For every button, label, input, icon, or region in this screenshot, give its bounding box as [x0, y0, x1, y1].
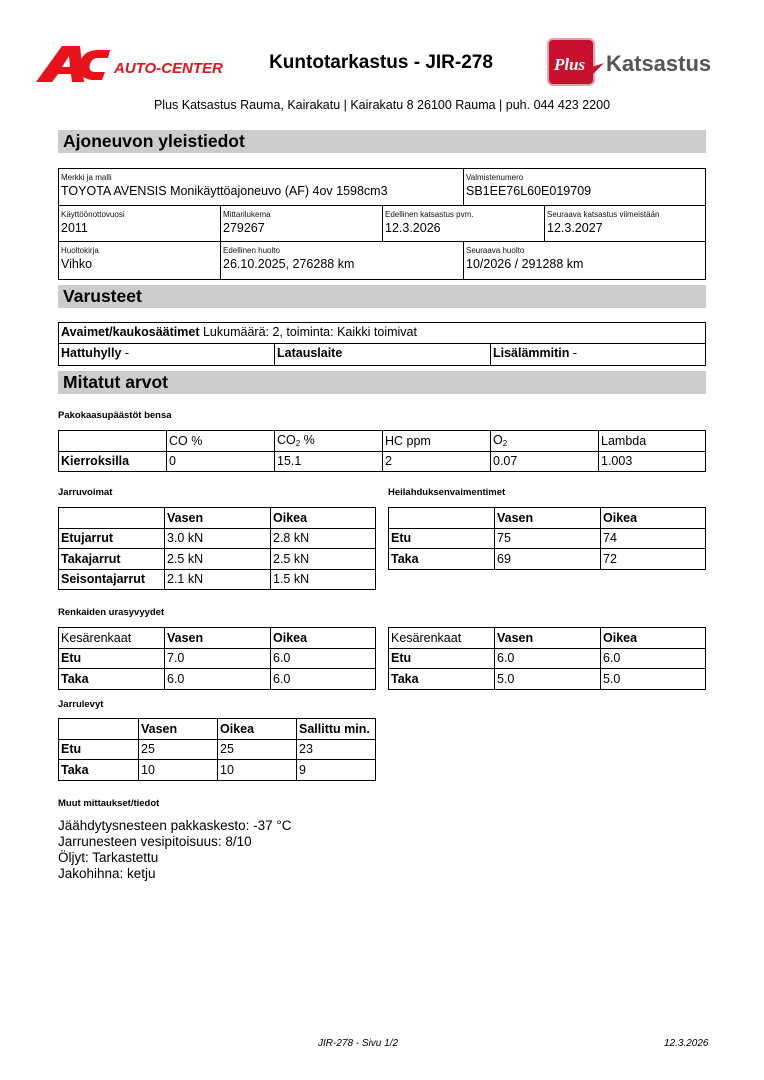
prev-inspection-label: Edellinen katsastus pvm. — [385, 210, 542, 220]
header-cell-left: Vasen — [495, 508, 601, 529]
discs-title: Jarrulevyt — [58, 699, 103, 710]
make-model-value: TOYOTA AVENSIS Monikäyttöajoneuvo (AF) 4… — [61, 183, 461, 200]
value-cell: 0.07 — [491, 451, 599, 472]
service-book-value: Vihko — [61, 256, 218, 273]
heater-cell: Lisälämmitin - — [491, 344, 705, 365]
plus-katsastus-logo: Plus Katsastus — [546, 37, 730, 89]
value-cell: 2.1 kN — [165, 569, 271, 590]
odometer-value: 279267 — [223, 220, 380, 237]
value-cell: 6.0 — [271, 669, 376, 690]
value-cell: 6.0 — [601, 648, 706, 669]
header-cell — [59, 508, 165, 529]
section-heading-measured: Mitatut arvot — [58, 371, 706, 394]
hat-shelf-label: Hattuhylly — [61, 346, 121, 360]
value-cell: 6.0 — [271, 648, 376, 669]
value-cell: 2.5 kN — [165, 549, 271, 570]
row-label: Taka — [389, 669, 495, 690]
next-service-value: 10/2026 / 291288 km — [466, 256, 703, 273]
next-inspection-label: Seuraava katsastus viimeistään — [547, 210, 703, 220]
tyres-table-2: Kesärenkaat Vasen Oikea Etu 6.0 6.0 Taka… — [388, 627, 706, 690]
table-row: Taka 5.0 5.0 — [389, 669, 706, 690]
row-label: Etu — [59, 648, 165, 669]
header-cell — [389, 508, 495, 529]
next-inspection-value: 12.3.2027 — [547, 220, 703, 237]
table-row: Etu 6.0 6.0 — [389, 648, 706, 669]
value-cell: 1.003 — [599, 451, 706, 472]
row-label: Kierroksilla — [59, 451, 167, 472]
table-row: Taka 10 10 9 — [59, 760, 376, 781]
value-cell: 2.8 kN — [271, 528, 376, 549]
table-header-row: Vasen Oikea — [389, 508, 706, 529]
row-label: Taka — [59, 669, 165, 690]
row-label: Etu — [389, 528, 495, 549]
value-cell: 15.1 — [275, 451, 383, 472]
table-row: Etu 75 74 — [389, 528, 706, 549]
table-header-row: CO % CO2 % HC ppm O2 Lambda — [59, 431, 706, 452]
document-title: Kuntotarkastus - JIR-278 — [250, 52, 512, 74]
prev-service-value: 26.10.2025, 276288 km — [223, 256, 461, 273]
first-use-year-label: Käyttöönottovuosi — [61, 210, 218, 220]
header-cell-left: Vasen — [139, 719, 218, 740]
header-cell-right: Oikea — [218, 719, 297, 740]
heater-value: - — [573, 346, 577, 360]
service-book-label: Huoltokirja — [61, 246, 218, 256]
value-cell: 74 — [601, 528, 706, 549]
equipment-table: Avaimet/kaukosäätimet Lukumäärä: 2, toim… — [58, 322, 706, 366]
brake-fluid-line: Jarrunesteen vesipitoisuus: 8/10 — [58, 834, 292, 850]
table-header-row: Vasen Oikea Sallittu min. — [59, 719, 376, 740]
row-label: Taka — [59, 760, 139, 781]
header-cell-right: Oikea — [271, 628, 376, 649]
value-cell: 23 — [297, 739, 376, 760]
value-cell: 25 — [218, 739, 297, 760]
odometer-cell: Mittarilukema 279267 — [221, 206, 383, 242]
value-cell: 9 — [297, 760, 376, 781]
table-row: Takajarrut 2.5 kN 2.5 kN — [59, 549, 376, 570]
table-header-row: Kesärenkaat Vasen Oikea — [59, 628, 376, 649]
hat-shelf-value: - — [125, 346, 129, 360]
value-cell: 69 — [495, 549, 601, 570]
table-row: Etu 25 25 23 — [59, 739, 376, 760]
value-cell: 2.5 kN — [271, 549, 376, 570]
section-heading-equipment: Varusteet — [58, 285, 706, 308]
header-cell-min: Sallittu min. — [297, 719, 376, 740]
make-model-label: Merkki ja malli — [61, 173, 461, 183]
shocks-table: Vasen Oikea Etu 75 74 Taka 69 72 — [388, 507, 706, 570]
row-label: Etu — [389, 648, 495, 669]
keys-label: Avaimet/kaukosäätimet — [61, 325, 200, 339]
next-service-label: Seuraava huolto — [466, 246, 703, 256]
value-cell: 2 — [383, 451, 491, 472]
table-header-row: Kesärenkaat Vasen Oikea — [389, 628, 706, 649]
section-heading-general: Ajoneuvon yleistiedot — [58, 130, 706, 153]
value-cell: 5.0 — [601, 669, 706, 690]
svg-text:AUTO-CENTER: AUTO-CENTER — [113, 60, 223, 77]
station-address: Plus Katsastus Rauma, Kairakatu | Kairak… — [0, 98, 764, 112]
header-cell-season: Kesärenkaat — [389, 628, 495, 649]
value-cell: 1.5 kN — [271, 569, 376, 590]
page-footer: JIR-278 - Sivu 1/2 — [318, 1038, 398, 1049]
tyres-title: Renkaiden urasyvyydet — [58, 607, 164, 618]
prev-inspection-value: 12.3.2026 — [385, 220, 542, 237]
brakes-title: Jarruvoimat — [58, 487, 112, 498]
next-inspection-cell: Seuraava katsastus viimeistään 12.3.2027 — [545, 206, 705, 242]
shocks-title: Heilahduksenvaimentimet — [388, 487, 505, 498]
header-cell — [59, 431, 167, 452]
vin-value: SB1EE76L60E019709 — [466, 183, 703, 200]
emissions-table: CO % CO2 % HC ppm O2 Lambda Kierroksilla… — [58, 430, 706, 472]
make-model-cell: Merkki ja malli TOYOTA AVENSIS Monikäytt… — [59, 169, 464, 205]
header-cell — [59, 719, 139, 740]
value-cell: 3.0 kN — [165, 528, 271, 549]
header-cell-left: Vasen — [165, 508, 271, 529]
table-row: Taka 6.0 6.0 — [59, 669, 376, 690]
emissions-title: Pakokaasupäästöt bensa — [58, 410, 172, 421]
vin-label: Valmistenumero — [466, 173, 703, 183]
vin-cell: Valmistenumero SB1EE76L60E019709 — [464, 169, 705, 205]
value-cell: 0 — [167, 451, 275, 472]
oils-line: Öljyt: Tarkastettu — [58, 850, 292, 866]
row-label: Etu — [59, 739, 139, 760]
header-cell-co2: CO2 % — [275, 431, 383, 452]
header-cell-co: CO % — [167, 431, 275, 452]
value-cell: 75 — [495, 528, 601, 549]
table-row: Seisontajarrut 2.1 kN 1.5 kN — [59, 569, 376, 590]
header-cell-o2: O2 — [491, 431, 599, 452]
auto-center-logo: AUTO-CENTER — [36, 44, 226, 86]
header-cell-season: Kesärenkaat — [59, 628, 165, 649]
vehicle-info-grid: Merkki ja malli TOYOTA AVENSIS Monikäytt… — [58, 168, 706, 280]
discs-table: Vasen Oikea Sallittu min. Etu 25 25 23 T… — [58, 718, 376, 781]
value-cell: 10 — [139, 760, 218, 781]
row-label: Seisontajarrut — [59, 569, 165, 590]
table-header-row: Vasen Oikea — [59, 508, 376, 529]
heater-label: Lisälämmitin — [493, 346, 569, 360]
header-cell-right: Oikea — [601, 508, 706, 529]
prev-service-label: Edellinen huolto — [223, 246, 461, 256]
value-cell: 6.0 — [495, 648, 601, 669]
keys-value: Lukumäärä: 2, toiminta: Kaikki toimivat — [203, 325, 417, 339]
svg-text:Plus: Plus — [553, 55, 586, 74]
tyres-table-1: Kesärenkaat Vasen Oikea Etu 7.0 6.0 Taka… — [58, 627, 376, 690]
table-row: Etu 7.0 6.0 — [59, 648, 376, 669]
charger-label: Latauslaite — [277, 346, 342, 360]
service-book-cell: Huoltokirja Vihko — [59, 242, 221, 279]
svg-text:Katsastus: Katsastus — [606, 51, 711, 76]
table-row: Etujarrut 3.0 kN 2.8 kN — [59, 528, 376, 549]
keys-cell: Avaimet/kaukosäätimet Lukumäärä: 2, toim… — [59, 323, 705, 343]
header-cell-right: Oikea — [271, 508, 376, 529]
header-cell-lambda: Lambda — [599, 431, 706, 452]
brakes-table: Vasen Oikea Etujarrut 3.0 kN 2.8 kN Taka… — [58, 507, 376, 590]
charger-cell: Latauslaite — [275, 344, 491, 365]
table-row: Taka 69 72 — [389, 549, 706, 570]
other-title: Muut mittaukset/tiedot — [58, 798, 159, 809]
footer-date: 12.3.2026 — [664, 1038, 709, 1049]
value-cell: 10 — [218, 760, 297, 781]
value-cell: 7.0 — [165, 648, 271, 669]
header-cell-hc: HC ppm — [383, 431, 491, 452]
value-cell: 6.0 — [165, 669, 271, 690]
header-cell-left: Vasen — [165, 628, 271, 649]
hat-shelf-cell: Hattuhylly - — [59, 344, 275, 365]
first-use-year-cell: Käyttöönottovuosi 2011 — [59, 206, 221, 242]
value-cell: 72 — [601, 549, 706, 570]
first-use-year-value: 2011 — [61, 220, 218, 237]
value-cell: 25 — [139, 739, 218, 760]
coolant-line: Jäähdytysnesteen pakkaskesto: -37 °C — [58, 818, 292, 834]
next-service-cell: Seuraava huolto 10/2026 / 291288 km — [464, 242, 705, 279]
value-cell: 5.0 — [495, 669, 601, 690]
row-label: Etujarrut — [59, 528, 165, 549]
timing-belt-line: Jakohihna: ketju — [58, 866, 292, 882]
row-label: Taka — [389, 549, 495, 570]
odometer-label: Mittarilukema — [223, 210, 380, 220]
row-label: Takajarrut — [59, 549, 165, 570]
header-cell-left: Vasen — [495, 628, 601, 649]
prev-inspection-cell: Edellinen katsastus pvm. 12.3.2026 — [383, 206, 545, 242]
header-cell-right: Oikea — [601, 628, 706, 649]
table-row: Kierroksilla 0 15.1 2 0.07 1.003 — [59, 451, 706, 472]
other-measurements: Jäähdytysnesteen pakkaskesto: -37 °C Jar… — [58, 818, 292, 882]
prev-service-cell: Edellinen huolto 26.10.2025, 276288 km — [221, 242, 464, 279]
